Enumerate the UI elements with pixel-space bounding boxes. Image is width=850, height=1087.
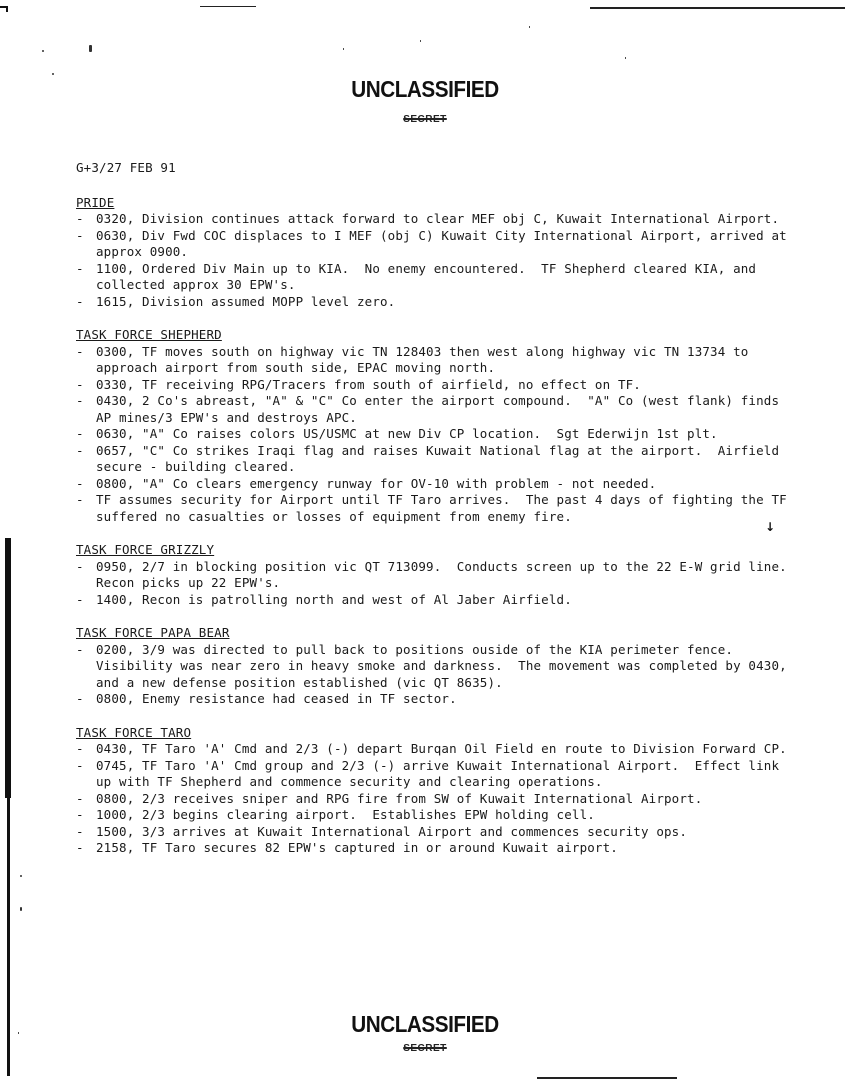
log-entry: - 1615, Division assumed MOPP level zero… — [76, 294, 796, 311]
revision-margin-bar — [5, 538, 11, 798]
section-task-force-grizzly: TASK FORCE GRIZZLY - 0950, 2/7 in blocki… — [76, 542, 796, 608]
struck-secret-text: SECRET — [403, 1043, 447, 1054]
footer-struck-marking: SECRET — [0, 1043, 850, 1054]
scan-speck — [529, 26, 530, 28]
log-entry: - 0657, "C" Co strikes Iraqi flag and ra… — [76, 443, 796, 476]
footer-classification: UNCLASSIFIED — [43, 1011, 808, 1038]
scan-speck — [343, 48, 344, 50]
scan-speck — [420, 40, 421, 42]
log-entry: - 0800, Enemy resistance had ceased in T… — [76, 691, 796, 708]
section-title: TASK FORCE TARO — [76, 725, 796, 742]
section-task-force-taro: TASK FORCE TARO - 0430, TF Taro 'A' Cmd … — [76, 725, 796, 857]
scan-speck — [42, 50, 44, 52]
log-entry: - 2158, TF Taro secures 82 EPW's capture… — [76, 840, 796, 857]
log-entry: - 1500, 3/3 arrives at Kuwait Internatio… — [76, 824, 796, 841]
log-entry: - 0300, TF moves south on highway vic TN… — [76, 344, 796, 377]
dateline: G+3/27 FEB 91 — [76, 160, 796, 177]
scan-speck — [20, 875, 22, 877]
scan-speck — [20, 907, 22, 911]
header-classification: UNCLASSIFIED — [43, 76, 808, 103]
log-entry: - 0800, "A" Co clears emergency runway f… — [76, 476, 796, 493]
log-entry: - 0630, Div Fwd COC displaces to I MEF (… — [76, 228, 796, 261]
section-title: TASK FORCE SHEPHERD — [76, 327, 796, 344]
section-title: TASK FORCE PAPA BEAR — [76, 625, 796, 642]
section-task-force-shepherd: TASK FORCE SHEPHERD - 0300, TF moves sou… — [76, 327, 796, 525]
log-entry: - 1000, 2/3 begins clearing airport. Est… — [76, 807, 796, 824]
scan-speck — [18, 1032, 19, 1034]
log-entry: - 0330, TF receiving RPG/Tracers from so… — [76, 377, 796, 394]
scan-line-top-right — [590, 7, 845, 9]
log-entry: - 0630, "A" Co raises colors US/USMC at … — [76, 426, 796, 443]
revision-margin-bar-thin — [7, 798, 10, 1076]
log-entry: - 0200, 3/9 was directed to pull back to… — [76, 642, 796, 692]
log-entry: - 0430, 2 Co's abreast, "A" & "C" Co ent… — [76, 393, 796, 426]
struck-secret-text: SECRET — [403, 114, 447, 125]
log-entry: - 0430, TF Taro 'A' Cmd and 2/3 (-) depa… — [76, 741, 796, 758]
scan-speck — [52, 73, 54, 75]
section-pride: PRIDE - 0320, Division continues attack … — [76, 195, 796, 311]
section-title: TASK FORCE GRIZZLY — [76, 542, 796, 559]
scan-line-bottom — [537, 1077, 677, 1079]
scan-speck — [89, 45, 92, 52]
scan-line-top-left — [200, 6, 256, 7]
scan-speck — [625, 57, 626, 59]
header-struck-marking: SECRET — [0, 114, 850, 125]
log-entry: - 0950, 2/7 in blocking position vic QT … — [76, 559, 796, 592]
log-entry: - 1100, Ordered Div Main up to KIA. No e… — [76, 261, 796, 294]
document-body: G+3/27 FEB 91 PRIDE - 0320, Division con… — [76, 160, 796, 874]
section-title: PRIDE — [76, 195, 796, 212]
log-entry: - 1400, Recon is patrolling north and we… — [76, 592, 796, 609]
section-task-force-papa-bear: TASK FORCE PAPA BEAR - 0200, 3/9 was dir… — [76, 625, 796, 708]
scan-corner-mark — [0, 6, 8, 12]
log-entry: - 0320, Division continues attack forwar… — [76, 211, 796, 228]
log-entry: - 0745, TF Taro 'A' Cmd group and 2/3 (-… — [76, 758, 796, 791]
log-entry: - 0800, 2/3 receives sniper and RPG fire… — [76, 791, 796, 808]
log-entry: - TF assumes security for Airport until … — [76, 492, 796, 525]
